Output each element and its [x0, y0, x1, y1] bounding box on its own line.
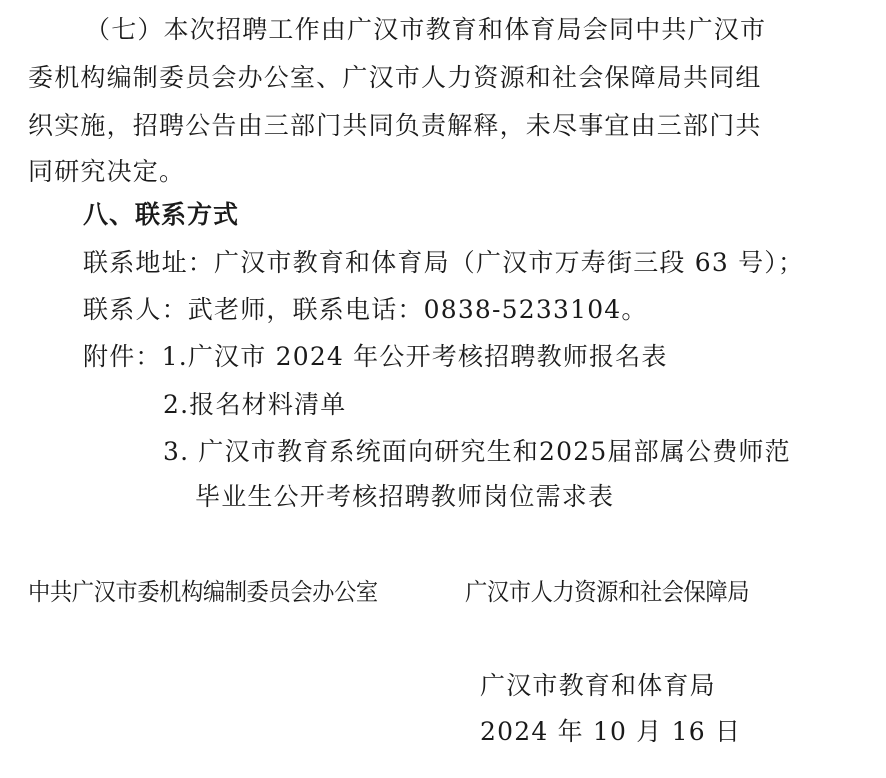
attachment-item-3: 3. 广汉市教育系统面向研究生和2025届部属公费师范	[163, 437, 791, 467]
clause-7-line-3: 织实施，招聘公告由三部门共同负责解释，未尽事宜由三部门共	[28, 111, 762, 141]
attachment-item-3-continuation: 毕业生公开考核招聘教师岗位需求表	[195, 482, 614, 512]
clause-7-line-2: 委机构编制委员会办公室、广汉市人力资源和社会保障局共同组	[28, 63, 762, 93]
signature-issuer: 广汉市教育和体育局	[480, 671, 716, 701]
attachment-item-1: 1.广汉市 2024 年公开考核招聘教师报名表	[162, 342, 668, 371]
signature-left-org: 中共广汉市委机构编制委员会办公室	[28, 577, 378, 607]
signature-right-org: 广汉市人力资源和社会保障局	[465, 577, 749, 607]
contact-heading: 八、联系方式	[83, 200, 239, 230]
clause-7-line-4: 同研究决定。	[28, 157, 185, 187]
attachments-label: 附件：	[83, 342, 162, 371]
issue-date: 2024 年 10 月 16 日	[480, 717, 741, 747]
contact-address: 联系地址：广汉市教育和体育局（广汉市万寿街三段 63 号）；	[83, 248, 804, 278]
attachment-item-2: 2.报名材料清单	[163, 390, 346, 420]
contact-person: 联系人：武老师，联系电话：0838-5233104。	[83, 295, 648, 325]
clause-7-line-1: （七）本次招聘工作由广汉市教育和体育局会同中共广汉市	[85, 15, 766, 45]
attachments-row-1: 附件：1.广汉市 2024 年公开考核招聘教师报名表	[83, 342, 668, 372]
